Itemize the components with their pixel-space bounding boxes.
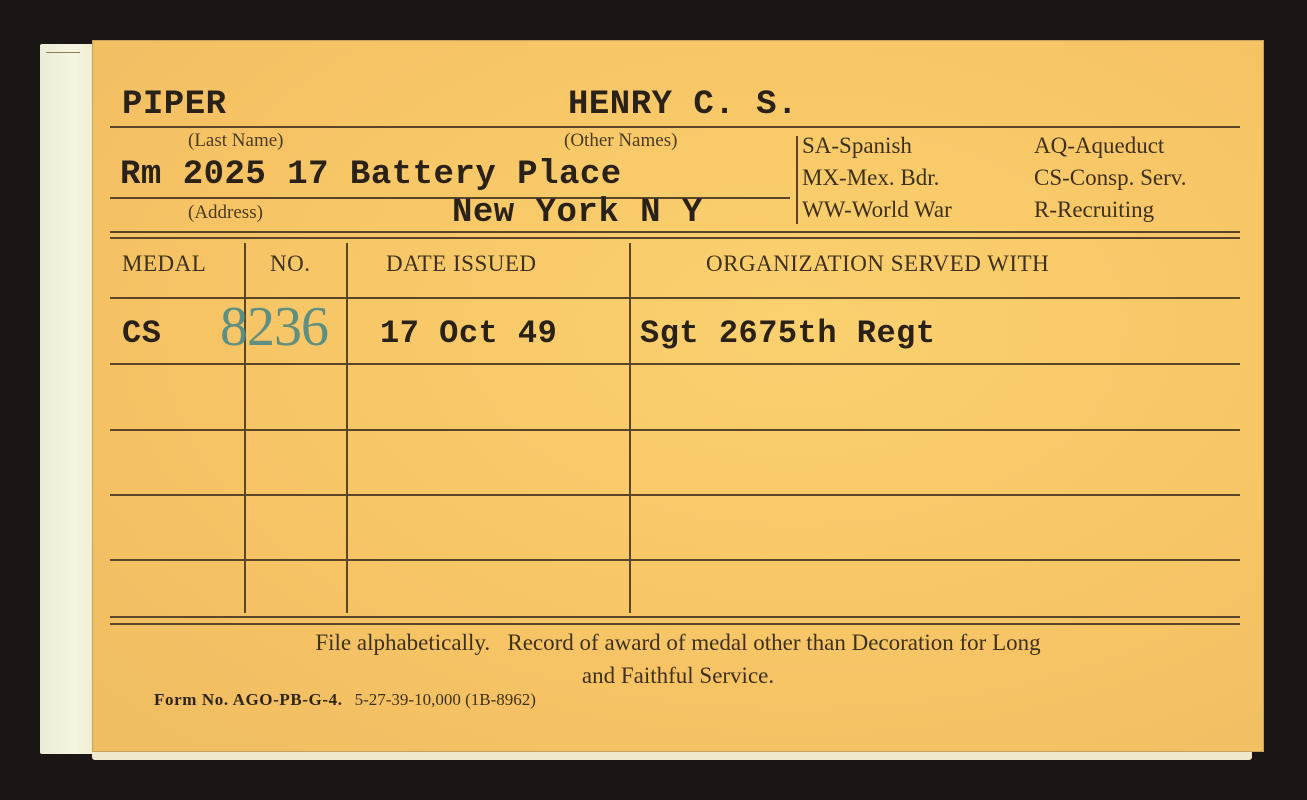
legend-item-mx: MX-Mex. Bdr. — [802, 162, 952, 194]
last-name-label: (Last Name) — [188, 130, 283, 152]
address-label: (Address) — [188, 202, 263, 224]
row-line-3 — [110, 494, 1240, 496]
cell-date-issued: 17 Oct 49 — [380, 315, 557, 352]
stub-rule — [46, 52, 80, 53]
header-date-issued: DATE ISSUED — [386, 251, 537, 277]
row-line-2 — [110, 429, 1240, 431]
footer-instruction-line2: and Faithful Service. — [92, 663, 1264, 689]
legend-column-2: AQ-Aqueduct CS-Consp. Serv. R-Recruiting — [1034, 130, 1187, 226]
col-divider-3 — [629, 243, 631, 613]
form-meta: 5-27-39-10,000 (1B-8962) — [355, 690, 536, 709]
legend-item-sa: SA-Spanish — [802, 130, 952, 162]
form-info: Form No. AGO-PB-G-4. 5-27-39-10,000 (1B-… — [154, 690, 536, 710]
address-line2-value: New York N Y — [452, 194, 703, 232]
last-name-value: PIPER — [122, 86, 227, 124]
bottom-double-rule-b — [110, 623, 1240, 625]
name-underline — [110, 126, 1240, 128]
legend-item-cs: CS-Consp. Serv. — [1034, 162, 1187, 194]
top-double-rule-b — [110, 237, 1240, 239]
cell-no-stamp: 8236 — [220, 295, 328, 359]
legend-item-aq: AQ-Aqueduct — [1034, 130, 1187, 162]
legend-item-ww: WW-World War — [802, 194, 952, 226]
legend-column-1: SA-Spanish MX-Mex. Bdr. WW-World War — [802, 130, 952, 226]
form-number: Form No. AGO-PB-G-4. — [154, 690, 343, 709]
legend-item-r: R-Recruiting — [1034, 194, 1187, 226]
row-line-1 — [110, 363, 1240, 365]
header-organization: ORGANIZATION SERVED WITH — [706, 251, 1049, 277]
cell-medal: CS — [122, 315, 161, 352]
bottom-double-rule-a — [110, 616, 1240, 618]
col-divider-2 — [346, 243, 348, 613]
header-medal: MEDAL — [122, 251, 206, 277]
medal-record-card: PIPER HENRY C. S. (Last Name) (Other Nam… — [92, 40, 1264, 752]
header-no: NO. — [270, 251, 310, 277]
card-stub-strip — [40, 44, 98, 754]
cell-organization: Sgt 2675th Regt — [640, 315, 936, 352]
address-line1-value: Rm 2025 17 Battery Place — [120, 156, 622, 194]
other-names-label: (Other Names) — [564, 130, 677, 152]
top-double-rule-a — [110, 231, 1240, 233]
row-line-4 — [110, 559, 1240, 561]
footer-instruction-line1: File alphabetically. Record of award of … — [92, 630, 1264, 656]
legend-divider — [796, 136, 798, 224]
other-names-value: HENRY C. S. — [568, 86, 798, 124]
